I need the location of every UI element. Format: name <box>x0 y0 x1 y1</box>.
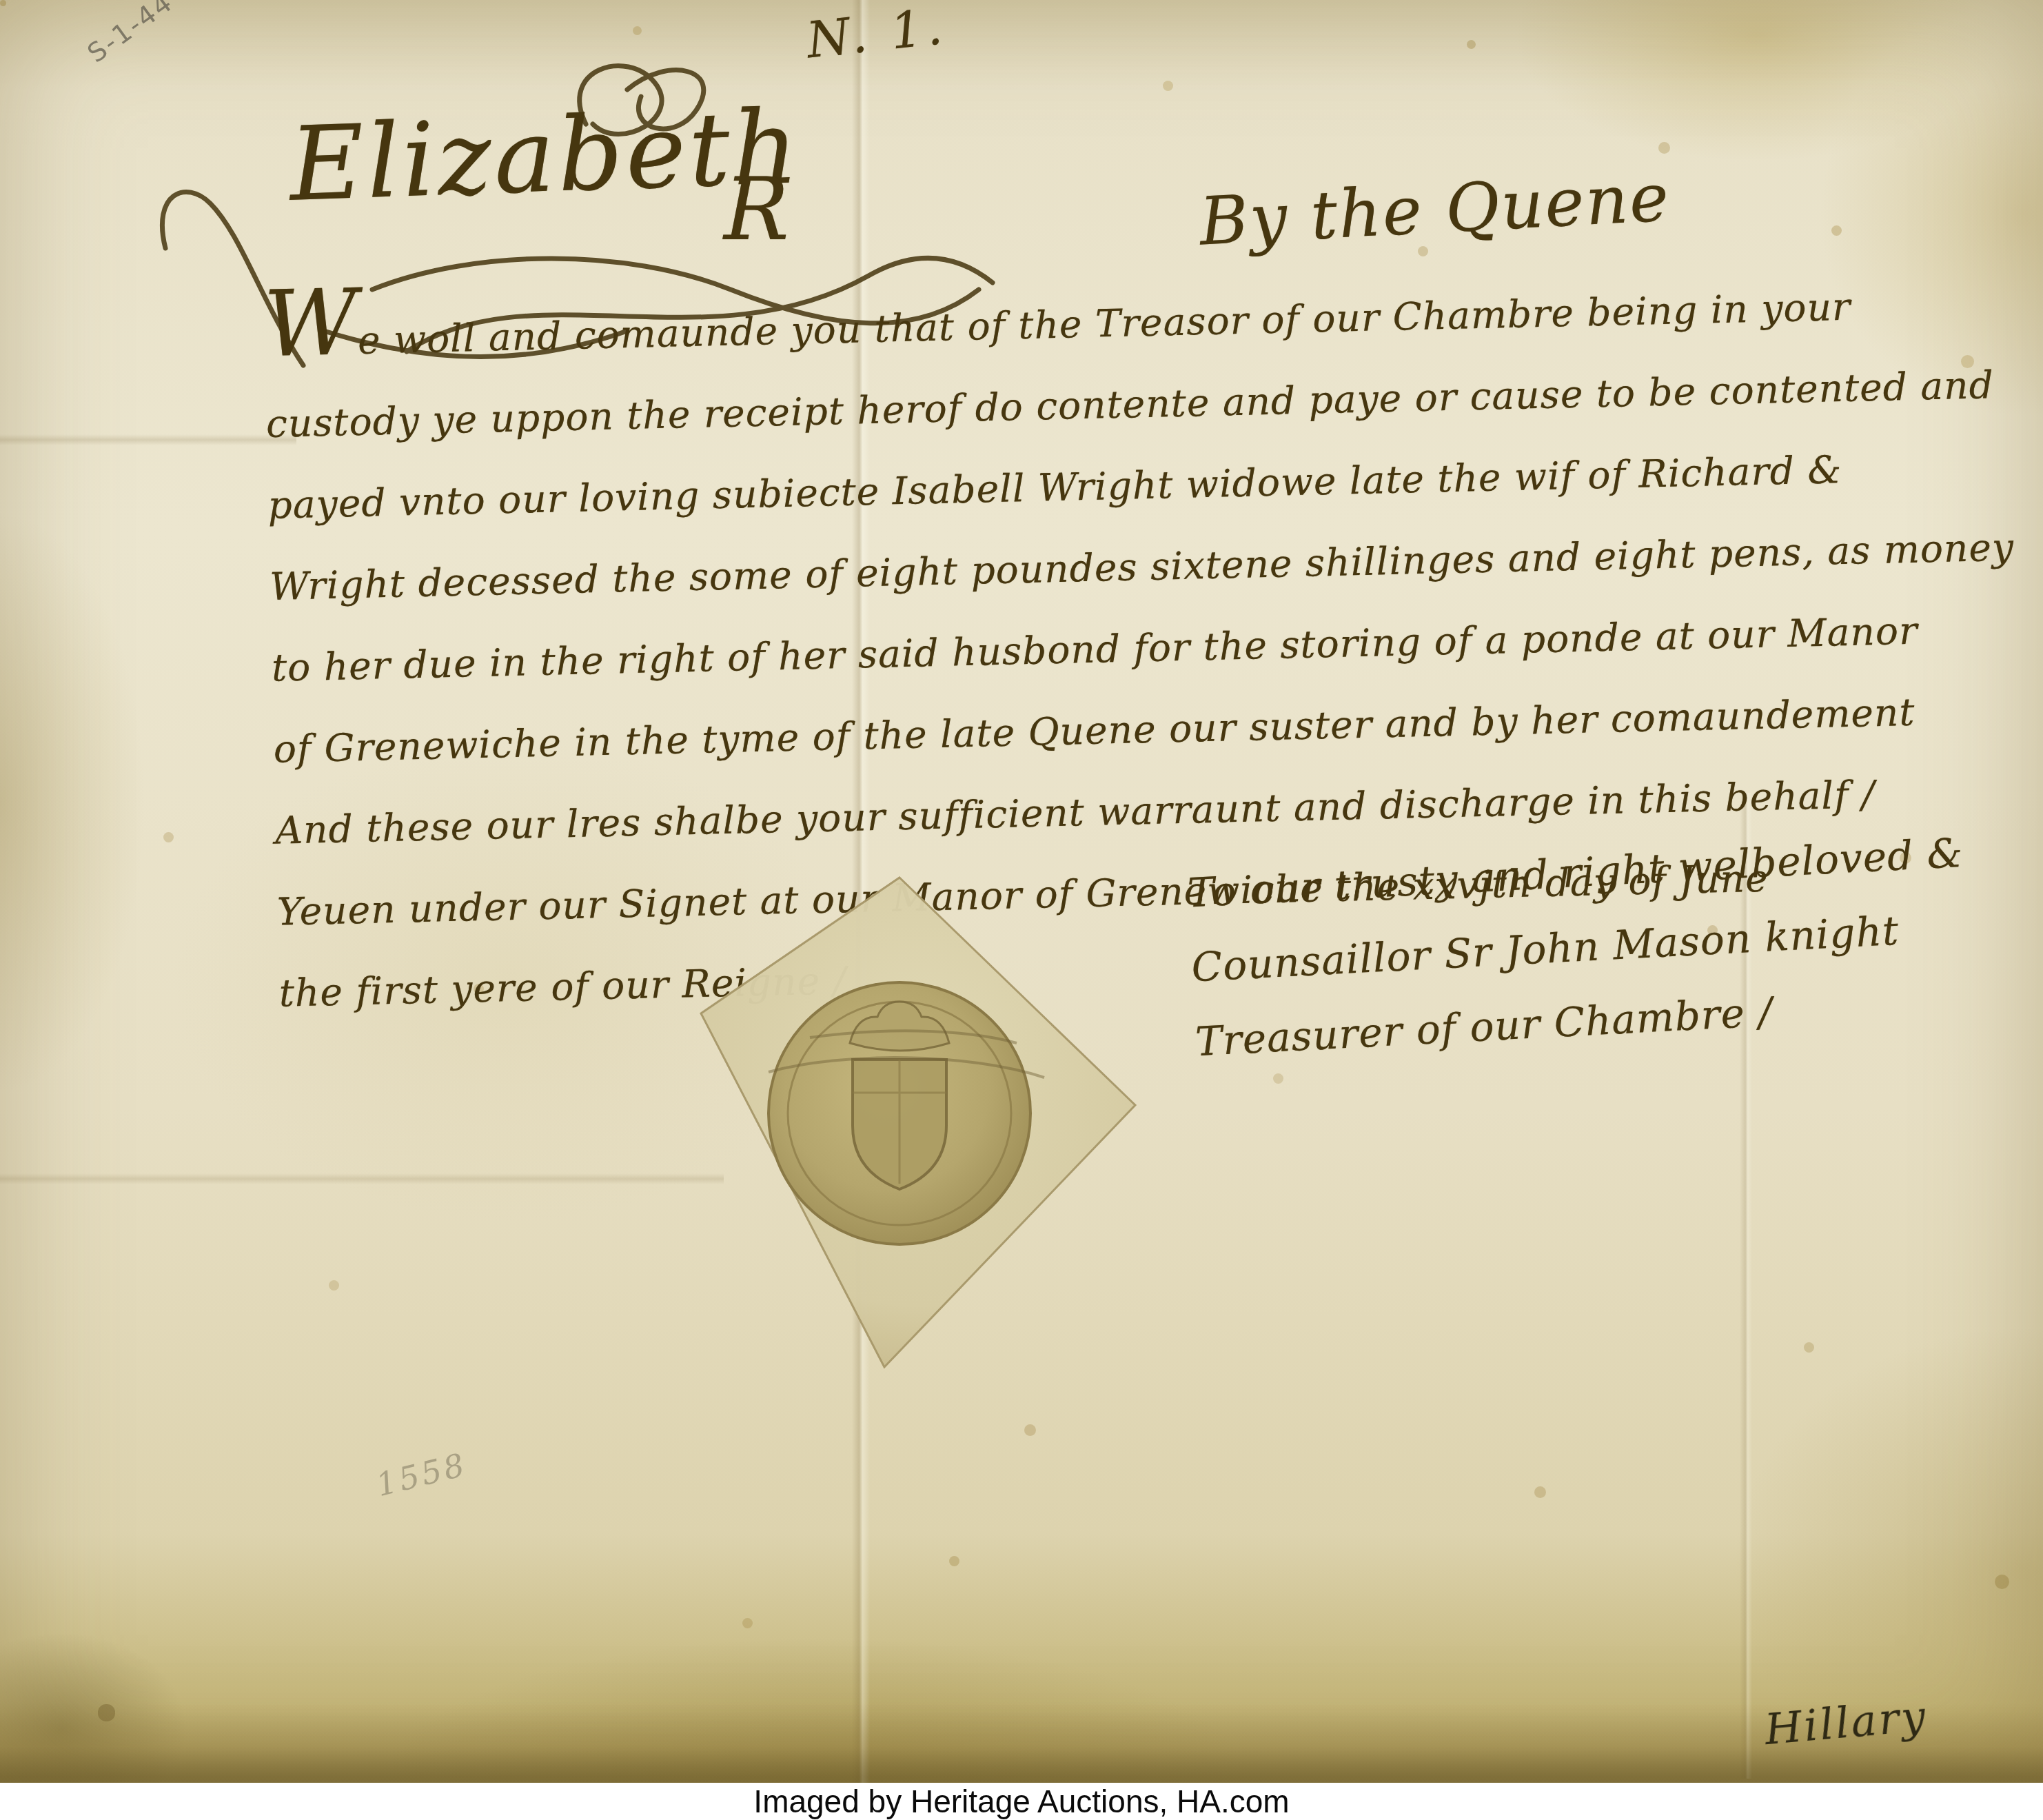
image-credit-text: Imaged by Heritage Auctions, HA.com <box>753 1783 1289 1820</box>
horizontal-crease-lower <box>0 1173 724 1184</box>
parchment-bottom-edge-stain <box>0 1703 2043 1783</box>
image-credit-strip: Imaged by Heritage Auctions, HA.com <box>0 1783 2043 1820</box>
royal-signature-initial: R <box>724 159 789 260</box>
scanned-document-page: S-1-44 N. 1. Elizabeth R By the Quene We… <box>0 0 2043 1820</box>
address-block: To our trusty and right welbeloved & Cou… <box>1186 816 1973 1080</box>
foxing-stains <box>0 0 6 6</box>
wax-seal-graphic <box>672 865 1168 1396</box>
wax-seal-assembly <box>672 865 1168 1396</box>
horizontal-crease <box>0 434 296 445</box>
